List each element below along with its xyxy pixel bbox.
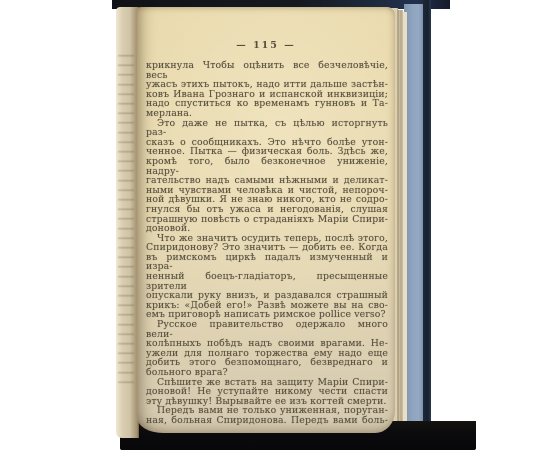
text-line: въ римскомъ циркѣ падалъ измученный и из…	[146, 253, 388, 272]
faint-facing-text	[118, 55, 134, 385]
text-line: ная, больная Спиридонова. Передъ вами бо…	[146, 416, 388, 426]
cover-navy-edge	[423, 0, 431, 446]
text-line: крикнула Чтобы оцѣнить все безчеловѣчіе,…	[146, 61, 388, 80]
text-line: кромѣ того, было безконечное униженіе, н…	[146, 157, 388, 176]
main-page: — 115 — крикнула Чтобы оцѣнить все безче…	[137, 7, 395, 433]
page-number: — 115 —	[146, 40, 386, 51]
page-body-text: крикнула Чтобы оцѣнить все безчеловѣчіе,…	[146, 61, 388, 426]
text-line: Это даже не пытка, съ цѣлью исторгнуть р…	[146, 119, 388, 138]
book-photo: — 115 — крикнула Чтобы оцѣнить все безче…	[0, 0, 550, 450]
facing-page-sliver	[116, 7, 139, 438]
text-line: Русское правительство одержало много вел…	[146, 320, 388, 339]
text-line: ненный боецъ-гладіаторъ, пресыщенные зри…	[146, 272, 388, 291]
cover-blue-strip	[404, 4, 425, 444]
page-edge-stack	[403, 12, 407, 428]
